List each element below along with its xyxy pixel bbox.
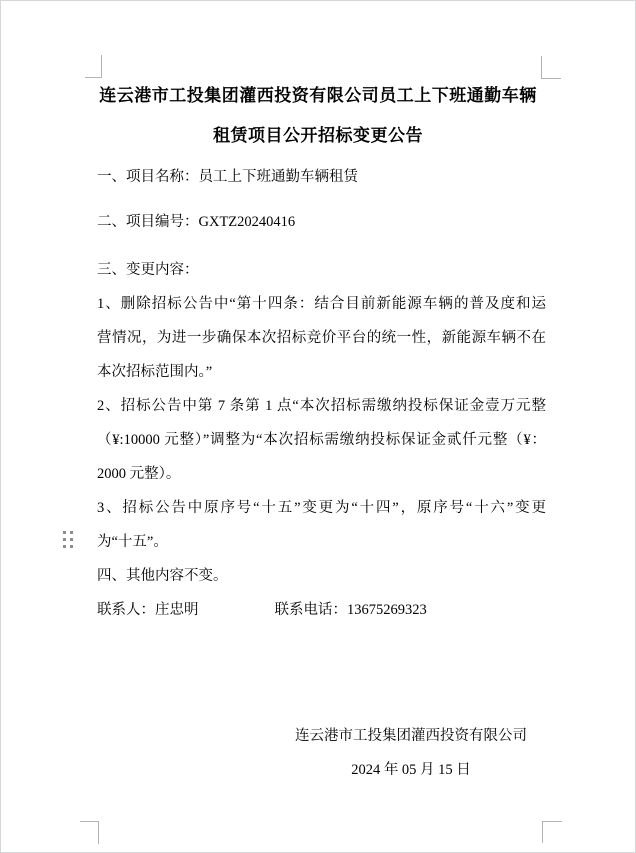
document-body: 一、项目名称：员工上下班通勤车辆租赁 二、项目编号：GXTZ20240416 三… [97, 160, 546, 627]
change-item-1-line-1: 1、删除招标公告中“第十四条：结合目前新能源车辆的普及度和运 [97, 287, 546, 321]
contact-line: 联系人：庄忠明 联系电话：13675269323 [97, 593, 546, 627]
document-title: 连云港市工投集团灌西投资有限公司员工上下班通勤车辆 租赁项目公开招标变更公告 [1, 76, 635, 156]
change-item-2-line-3: 2000 元整）。 [97, 457, 546, 491]
project-number-line: 二、项目编号：GXTZ20240416 [97, 205, 546, 239]
drag-handle-dot [63, 531, 66, 534]
change-item-2-line-2: （¥:10000 元整）”调整为“本次招标需缴纳投标保证金贰仟元整（¥： [97, 423, 546, 457]
drag-handle-dot [63, 538, 66, 541]
change-item-2-line-1: 2、招标公告中第 7 条第 1 点“本次招标需缴纳投标保证金壹万元整 [97, 389, 546, 423]
drag-handle-dot [70, 538, 73, 541]
text-boundary-mark-top-left [85, 55, 102, 78]
contact-person: 联系人：庄忠明 [97, 593, 199, 627]
other-note-line: 四、其他内容不变。 [97, 559, 546, 593]
signature-block: 连云港市工投集团灌西投资有限公司 2024 年 05 月 15 日 [291, 719, 531, 787]
change-item-3-line-2: 为“十五”。 [97, 525, 546, 559]
signature-company: 连云港市工投集团灌西投资有限公司 [291, 719, 531, 753]
document-page: 连云港市工投集团灌西投资有限公司员工上下班通勤车辆 租赁项目公开招标变更公告 一… [0, 0, 636, 853]
document-title-line-2: 租赁项目公开招标变更公告 [1, 116, 635, 156]
document-title-line-1: 连云港市工投集团灌西投资有限公司员工上下班通勤车辆 [1, 76, 635, 116]
drag-handle-dot [63, 545, 66, 548]
text-boundary-mark-bottom-right [542, 821, 562, 843]
project-name-line: 一、项目名称：员工上下班通勤车辆租赁 [97, 160, 546, 194]
drag-handle-dot [70, 545, 73, 548]
signature-date: 2024 年 05 月 15 日 [291, 753, 531, 787]
change-item-1-line-3: 本次招标范围内。” [97, 355, 546, 389]
change-item-3-line-1: 3、招标公告中原序号“十五”变更为“十四”，原序号“十六”变更 [97, 491, 546, 525]
text-boundary-mark-bottom-left [80, 821, 99, 844]
change-item-1-line-2: 营情况，为进一步确保本次招标竞价平台的统一性，新能源车辆不在 [97, 321, 546, 355]
paragraph-drag-handle-icon[interactable] [63, 531, 73, 548]
changes-heading-line: 三、变更内容： [97, 253, 546, 287]
drag-handle-dot [70, 531, 73, 534]
contact-phone: 联系电话：13675269323 [275, 593, 427, 627]
